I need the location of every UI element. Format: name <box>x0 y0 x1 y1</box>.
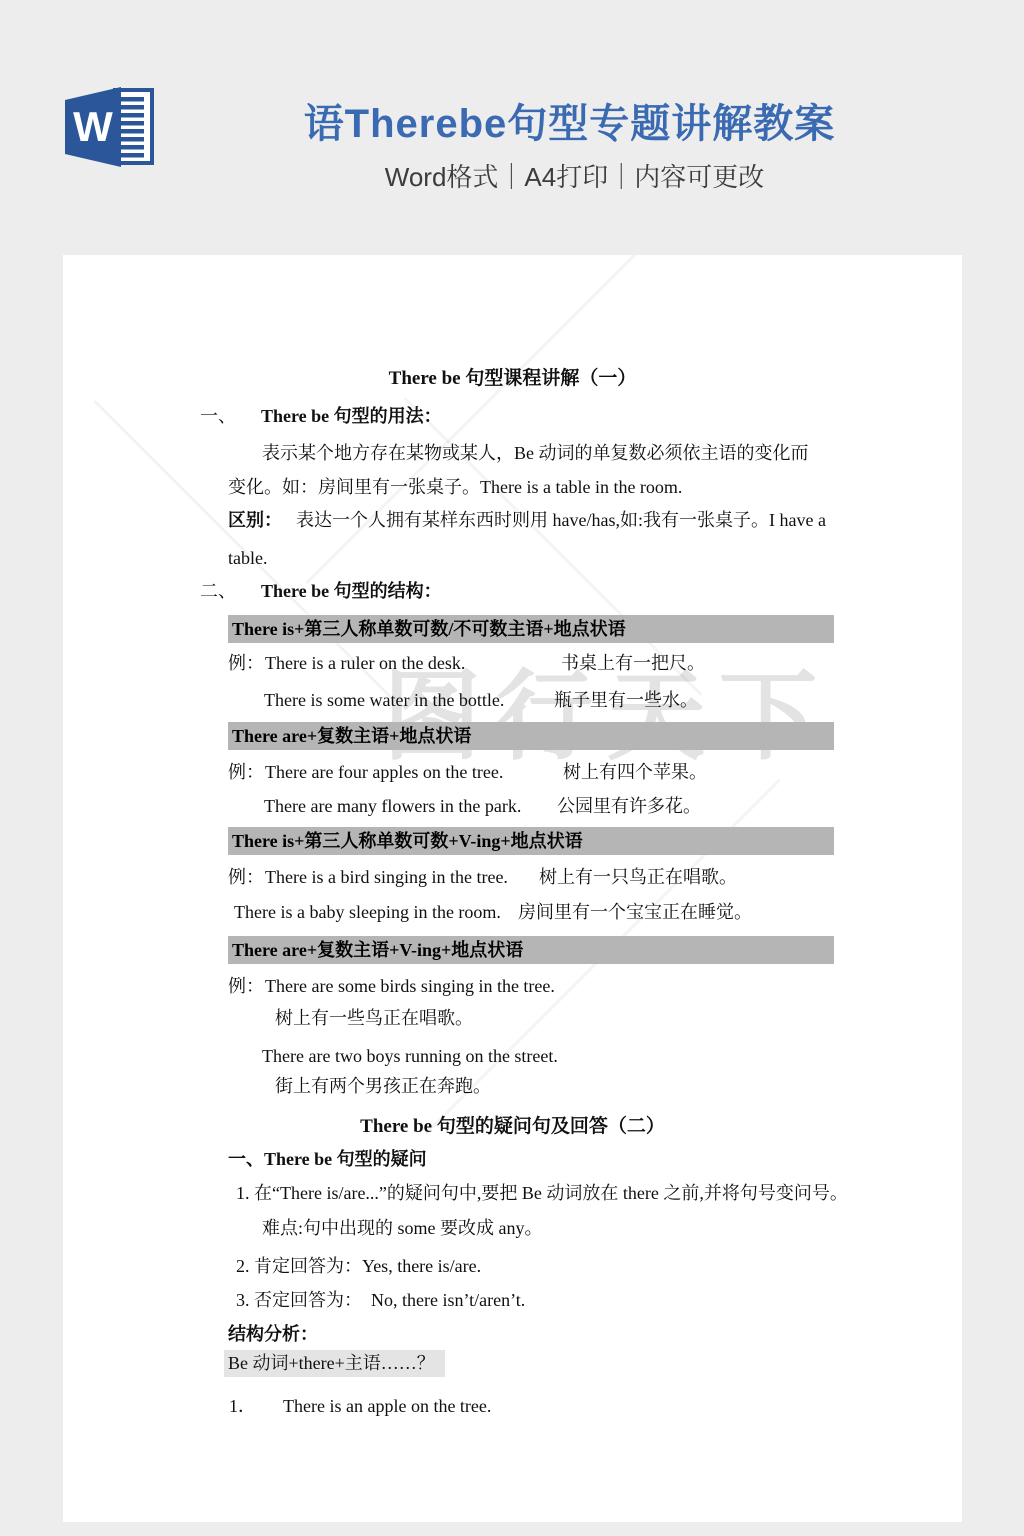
example-label: 例： <box>228 650 265 677</box>
example-english: There are two boys running on the street… <box>262 1043 558 1070</box>
example-row: There is a baby sleeping in the room.房间里… <box>234 899 752 926</box>
example-row: There is some water in the bottle.瓶子里有一些… <box>264 687 698 714</box>
example-english: There are four apples on the tree. <box>265 759 563 786</box>
difference-text: 表达一个人拥有某样东西时则用 have/has,如:我有一张桌子。I have … <box>296 510 826 530</box>
word-icon-letter: W <box>73 103 113 150</box>
paragraph-difference: 区别：表达一个人拥有某样东西时则用 have/has,如:我有一张桌子。I ha… <box>228 507 826 534</box>
example-english: There are many flowers in the park. <box>264 793 557 820</box>
question-rule-3: 3. 否定回答为： No, there isn’t/aren’t. <box>236 1287 525 1314</box>
numbered-example-text: There is an apple on the tree. <box>283 1396 491 1416</box>
structure-bar-2: There are+复数主语+地点状语 <box>228 722 834 750</box>
section-1-heading: 一、There be 句型的用法： <box>200 403 442 430</box>
numbered-example: 1．There is an apple on the tree. <box>229 1393 491 1420</box>
section-1-title: There be 句型的用法： <box>261 406 442 426</box>
structure-bar-4: There are+复数主语+V-ing+地点状语 <box>228 936 834 964</box>
doc-heading-2: There be 句型的疑问句及回答（二） <box>63 1113 962 1140</box>
difference-label: 区别： <box>228 510 282 530</box>
example-chinese: 公园里有许多花。 <box>557 793 701 820</box>
example-label: 例： <box>228 973 265 1000</box>
numbered-example-number: 1． <box>229 1396 256 1416</box>
example-english: There is a ruler on the desk. <box>265 650 561 677</box>
header-subtitle: Word格式｜A4打印｜内容可更改 <box>125 157 1024 194</box>
example-row: There are many flowers in the park.公园里有许… <box>264 793 701 820</box>
example-chinese: 树上有一些鸟正在唱歌。 <box>275 1005 473 1032</box>
template-preview-canvas: W 语Therebe句型专题讲解教案 Word格式｜A4打印｜内容可更改 图行天… <box>0 0 1024 1536</box>
example-label: 例： <box>228 759 265 786</box>
example-chinese: 树上有四个苹果。 <box>563 759 707 786</box>
section-1-number: 一、 <box>200 406 236 426</box>
example-english: There is some water in the bottle. <box>264 687 554 714</box>
paragraph-difference-cont: table. <box>228 545 267 572</box>
example-chinese: 瓶子里有一些水。 <box>554 687 698 714</box>
paragraph-usage-1: 表示某个地方存在某物或某人，Be 动词的单复数必须依主语的变化而 <box>262 440 809 467</box>
example-row: 例：There is a bird singing in the tree.树上… <box>228 864 737 891</box>
section-2-heading: 二、There be 句型的结构： <box>200 578 442 605</box>
paragraph-usage-2: 变化。如：房间里有一张桌子。There is a table in the ro… <box>228 474 682 501</box>
example-chinese: 房间里有一个宝宝正在睡觉。 <box>518 899 752 926</box>
question-section-title: 一、There be 句型的疑问 <box>228 1146 427 1173</box>
example-english: There are some birds singing in the tree… <box>265 973 555 1000</box>
question-rule-1-note: 难点:句中出现的 some 要改成 any。 <box>262 1215 542 1242</box>
header-title: 语Therebe句型专题讲解教案 <box>115 92 1024 149</box>
section-2-number: 二、 <box>200 581 236 601</box>
example-chinese: 树上有一只鸟正在唱歌。 <box>539 864 737 891</box>
example-row: 例：There are some birds singing in the tr… <box>228 973 555 1000</box>
example-chinese: 书桌上有一把尺。 <box>561 650 705 677</box>
structure-bar-1: There is+第三人称单数可数/不可数主语+地点状语 <box>228 615 834 643</box>
question-rule-2: 2. 肯定回答为：Yes, there is/are. <box>236 1253 481 1280</box>
formula-highlight: Be 动词+there+主语……？ <box>224 1350 445 1377</box>
formula-line: Be 动词+there+主语……？ <box>224 1350 445 1377</box>
example-english: There is a bird singing in the tree. <box>265 864 539 891</box>
document-page: 图行天下 There be 句型课程讲解（一） 一、There be 句型的用法… <box>63 255 962 1522</box>
doc-heading-1: There be 句型课程讲解（一） <box>63 365 962 392</box>
example-row: 例：There are four apples on the tree.树上有四… <box>228 759 707 786</box>
example-chinese: 街上有两个男孩正在奔跑。 <box>275 1073 491 1100</box>
analysis-title: 结构分析： <box>228 1321 318 1348</box>
example-label: 例： <box>228 864 265 891</box>
question-rule-1: 1. 在“There is/are...”的疑问句中,要把 Be 动词放在 th… <box>236 1180 848 1207</box>
document-content: There be 句型课程讲解（一） 一、There be 句型的用法： 表示某… <box>63 255 962 1522</box>
example-english: There is a baby sleeping in the room. <box>234 899 518 926</box>
example-row: 例：There is a ruler on the desk.书桌上有一把尺。 <box>228 650 705 677</box>
structure-bar-3: There is+第三人称单数可数+V-ing+地点状语 <box>228 827 834 855</box>
section-2-title: There be 句型的结构： <box>261 581 442 601</box>
